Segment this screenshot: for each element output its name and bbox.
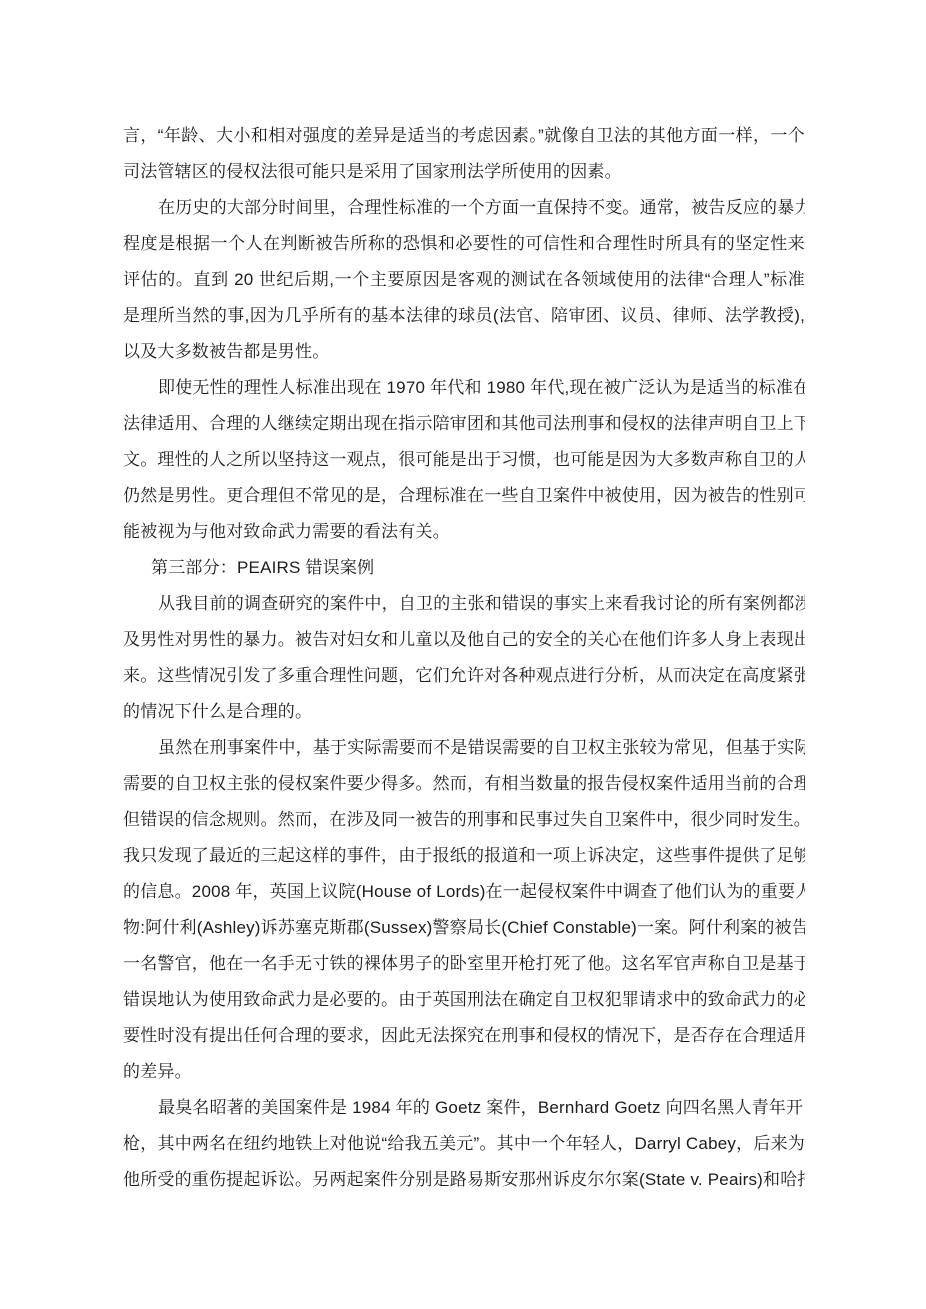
text-line: 言，“年龄、大小和相对强度的差异是适当的考虑因素。”就像自卫法的其他方面一样，一… [123, 118, 805, 154]
text-line: 错误地认为使用致命武力是必要的。由于英国刑法在确定自卫权犯罪请求中的致命武力的必 [123, 982, 805, 1018]
text-line: 仍然是男性。更合理但不常见的是，合理标准在一些自卫案件中被使用，因为被告的性别可 [123, 478, 805, 514]
text-line: 及男性对男性的暴力。被告对妇女和儿童以及他自己的安全的关心在他们许多人身上表现出 [123, 622, 805, 658]
text-line: 即使无性的理性人标准出现在 1970 年代和 1980 年代,现在被广泛认为是适… [123, 370, 805, 406]
paragraph: 在历史的大部分时间里，合理性标准的一个方面一直保持不变。通常，被告反应的暴力程度… [123, 190, 805, 370]
paragraph: 言，“年龄、大小和相对强度的差异是适当的考虑因素。”就像自卫法的其他方面一样，一… [123, 118, 805, 190]
text-line: 的差异。 [123, 1054, 805, 1090]
text-line: 司法管辖区的侵权法很可能只是采用了国家刑法学所使用的因素。 [123, 154, 805, 190]
section-heading: 第三部分：PEAIRS 错误案例 [123, 550, 805, 586]
text-line: 以及大多数被告都是男性。 [123, 334, 805, 370]
text-line: 他所受的重伤提起诉讼。另两起案件分别是路易斯安那州诉皮尔尔案(State v. … [123, 1162, 805, 1198]
text-line: 最臭名昭著的美国案件是 1984 年的 Goetz 案件，Bernhard Go… [123, 1090, 805, 1126]
paragraph: 即使无性的理性人标准出现在 1970 年代和 1980 年代,现在被广泛认为是适… [123, 370, 805, 550]
text-line: 我只发现了最近的三起这样的事件，由于报纸的报道和一项上诉决定，这些事件提供了足够 [123, 838, 805, 874]
text-line: 虽然在刑事案件中，基于实际需要而不是错误需要的自卫权主张较为常见，但基于实际 [123, 730, 805, 766]
text-line: 的信息。2008 年，英国上议院(House of Lords)在一起侵权案件中… [123, 874, 805, 910]
text-line: 从我目前的调查研究的案件中，自卫的主张和错误的事实上来看我讨论的所有案例都涉 [123, 586, 805, 622]
text-line: 能被视为与他对致命武力需要的看法有关。 [123, 514, 805, 550]
text-line: 枪，其中两名在纽约地铁上对他说“给我五美元”。其中一个年轻人，Darryl Ca… [123, 1126, 805, 1162]
text-line: 程度是根据一个人在判断被告所称的恐惧和必要性的可信性和合理性时所具有的坚定性来 [123, 226, 805, 262]
text-line: 需要的自卫权主张的侵权案件要少得多。然而，有相当数量的报告侵权案件适用当前的合理 [123, 766, 805, 802]
paragraph: 虽然在刑事案件中，基于实际需要而不是错误需要的自卫权主张较为常见，但基于实际需要… [123, 730, 805, 1090]
text-line: 文。理性的人之所以坚持这一观点，很可能是出于习惯，也可能是因为大多数声称自卫的人 [123, 442, 805, 478]
document-page: 言，“年龄、大小和相对强度的差异是适当的考虑因素。”就像自卫法的其他方面一样，一… [0, 0, 926, 1309]
text-line: 但错误的信念规则。然而，在涉及同一被告的刑事和民事过失自卫案件中，很少同时发生。 [123, 802, 805, 838]
text-line: 来。这些情况引发了多重合理性问题，它们允许对各种观点进行分析，从而决定在高度紧张 [123, 658, 805, 694]
text-line: 在历史的大部分时间里，合理性标准的一个方面一直保持不变。通常，被告反应的暴力 [123, 190, 805, 226]
text-line: 的情况下什么是合理的。 [123, 694, 805, 730]
text-line: 法律适用、合理的人继续定期出现在指示陪审团和其他司法刑事和侵权的法律声明自卫上下 [123, 406, 805, 442]
text-line: 一名警官，他在一名手无寸铁的裸体男子的卧室里开枪打死了他。这名军官声称自卫是基于 [123, 946, 805, 982]
document-text-block: 言，“年龄、大小和相对强度的差异是适当的考虑因素。”就像自卫法的其他方面一样，一… [123, 118, 805, 1198]
section-heading-text: 第三部分：PEAIRS 错误案例 [123, 550, 805, 586]
text-line: 是理所当然的事,因为几乎所有的基本法律的球员(法官、陪审团、议员、律师、法学教授… [123, 298, 805, 334]
text-line: 物:阿什利(Ashley)诉苏塞克斯郡(Sussex)警察局长(Chief Co… [123, 910, 805, 946]
text-line: 评估的。直到 20 世纪后期,一个主要原因是客观的测试在各领域使用的法律“合理人… [123, 262, 805, 298]
paragraph: 从我目前的调查研究的案件中，自卫的主张和错误的事实上来看我讨论的所有案例都涉及男… [123, 586, 805, 730]
text-line: 要性时没有提出任何合理的要求，因此无法探究在刑事和侵权的情况下，是否存在合理适用 [123, 1018, 805, 1054]
paragraph: 最臭名昭著的美国案件是 1984 年的 Goetz 案件，Bernhard Go… [123, 1090, 805, 1198]
